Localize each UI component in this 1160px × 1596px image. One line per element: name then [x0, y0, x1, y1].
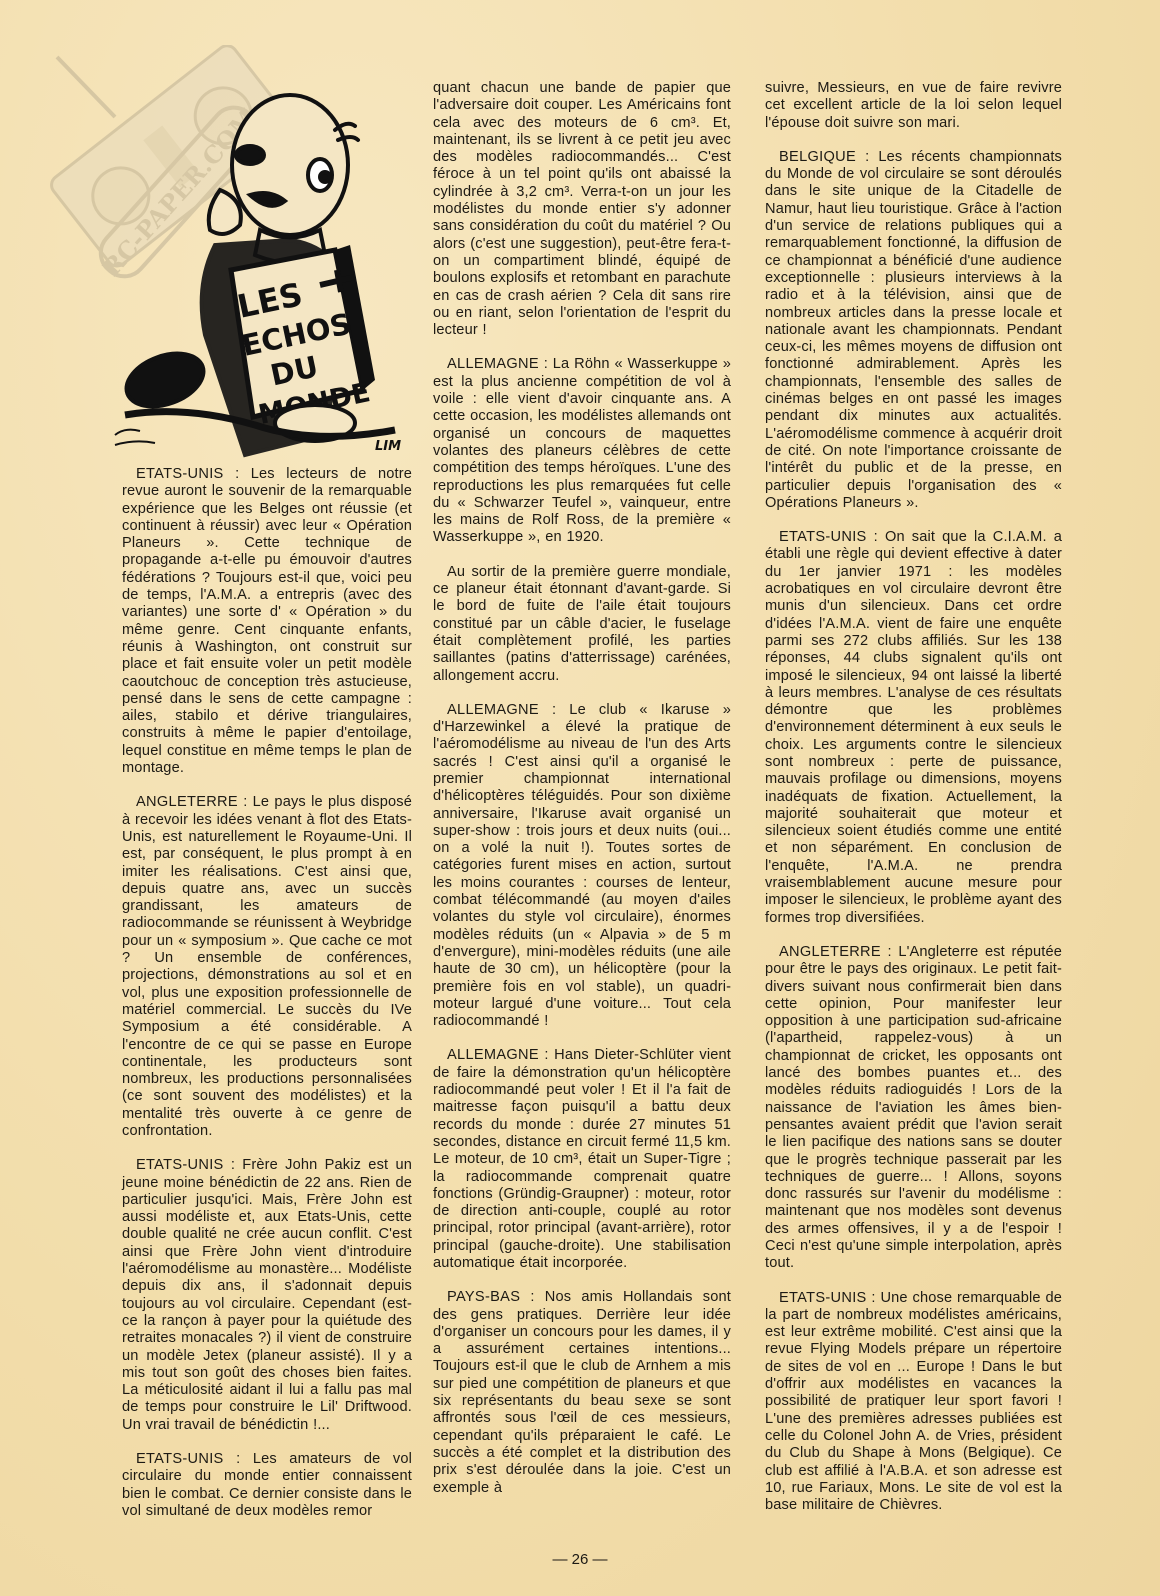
article-paragraph: ALLEMAGNE : La Röhn « Wasser­kuppe » est… — [433, 356, 731, 546]
country-heading: ANGLETERRE — [136, 794, 238, 810]
country-heading: ETATS-UNIS — [779, 1290, 867, 1306]
article-paragraph: Au sortir de la première guerre mon­dial… — [433, 564, 731, 685]
article-paragraph: BELGIQUE : Les récents champion­nats du … — [765, 149, 1062, 512]
article-paragraph: ETATS-UNIS : Une chose remarquable de la… — [765, 1290, 1062, 1515]
echos-du-monde-illustration: RC-PAPER.COM — [45, 45, 425, 460]
article-paragraph: ALLEMAGNE : Le club « Ikaruse » d'Harzew… — [433, 702, 731, 1031]
article-paragraph: ANGLETERRE : L'Angleterre est répu­tée p… — [765, 944, 1062, 1273]
country-heading: ETATS-UNIS — [136, 466, 224, 482]
country-heading: ETATS-UNIS — [779, 529, 867, 545]
article-paragraph: PAYS-BAS : Nos amis Hollandais sont des … — [433, 1289, 731, 1497]
country-heading: ALLEMAGNE — [447, 1047, 539, 1063]
article-paragraph: ETATS-UNIS : Frère John Pakiz est un jeu… — [122, 1157, 412, 1434]
country-heading: ETATS-UNIS — [136, 1451, 224, 1467]
country-heading: ALLEMAGNE — [447, 702, 539, 718]
article-paragraph-continued: suivre, Messieurs, en vue de faire re­vi… — [765, 80, 1062, 132]
article-column-2: quant chacun une bande de papier que l'a… — [433, 80, 731, 1514]
country-heading: ANGLETERRE — [779, 944, 881, 960]
sign-board: LES ECHOS DU MONDE — [230, 245, 375, 431]
country-heading: PAYS-BAS — [447, 1289, 520, 1305]
article-paragraph-continued: quant chacun une bande de papier que l'a… — [433, 80, 731, 339]
article-column-3: suivre, Messieurs, en vue de faire re­vi… — [765, 80, 1062, 1531]
cartoon-man-with-sign-icon: RC-PAPER.COM — [45, 45, 425, 460]
article-paragraph: ANGLETERRE : Le pays le plus dis­posé à … — [122, 794, 412, 1140]
country-heading: ETATS-UNIS — [136, 1157, 224, 1173]
artist-signature: LIM — [375, 439, 401, 454]
article-column-1: ETATS-UNIS : Les lecteurs de notre revue… — [122, 466, 412, 1537]
article-paragraph: ETATS-UNIS : On sait que la C.I.A.M. a é… — [765, 529, 1062, 927]
country-heading: BELGIQUE — [779, 149, 856, 165]
magazine-page: RC-PAPER.COM — [0, 0, 1160, 1596]
country-heading: ALLEMAGNE — [447, 356, 539, 372]
page-number: — 26 — — [0, 1551, 1160, 1568]
article-paragraph: ALLEMAGNE : Hans Dieter-Schlüter vient d… — [433, 1047, 731, 1272]
article-paragraph: ETATS-UNIS : Les amateurs de vol circula… — [122, 1451, 412, 1520]
article-paragraph: ETATS-UNIS : Les lecteurs de notre revue… — [122, 466, 412, 777]
